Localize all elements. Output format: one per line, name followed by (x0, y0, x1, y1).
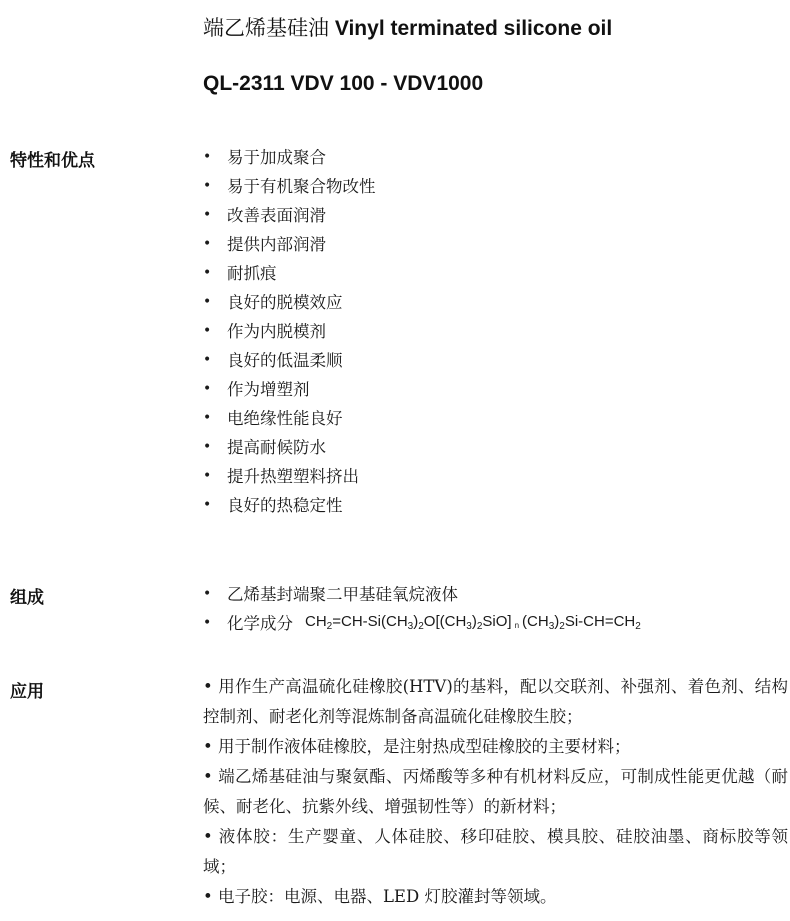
section-label-composition: 组成 (10, 583, 44, 608)
bullet-icon: • (203, 346, 227, 375)
bullet-icon: • (203, 462, 227, 491)
feature-text: 电绝缘性能良好 (227, 404, 343, 433)
bullet-icon: • (203, 375, 227, 404)
composition-list: • 乙烯基封端聚二甲基硅氧烷液体 • 化学成分 CH2=CH-Si(CH3)2O… (203, 580, 641, 638)
bullet-icon: • (203, 433, 227, 462)
list-item: •良好的热稳定性 (203, 491, 376, 520)
feature-text: 提升热塑塑料挤出 (227, 462, 359, 491)
feature-text: 作为内脱模剂 (227, 317, 326, 346)
chemical-label: 化学成分 (227, 609, 293, 638)
list-item: •易于加成聚合 (203, 143, 376, 172)
features-list: •易于加成聚合•易于有机聚合物改性•改善表面润滑•提供内部润滑•耐抓痕•良好的脱… (203, 143, 376, 520)
application-item: • 液体胶：生产婴童、人体硅胶、移印硅胶、模具胶、硅胶油墨、商标胶等领域； (203, 822, 788, 882)
list-item: •改善表面润滑 (203, 201, 376, 230)
section-label-features: 特性和优点 (10, 146, 95, 171)
bullet-icon: • (203, 491, 227, 520)
list-item: • 乙烯基封端聚二甲基硅氧烷液体 (203, 580, 641, 609)
feature-text: 耐抓痕 (227, 259, 277, 288)
feature-text: 提高耐候防水 (227, 433, 326, 462)
feature-text: 易于有机聚合物改性 (227, 172, 376, 201)
feature-text: 作为增塑剂 (227, 375, 310, 404)
application-item: • 用作生产高温硫化硅橡胶(HTV)的基料，配以交联剂、补强剂、着色剂、结构控制… (203, 672, 788, 732)
title-english: Vinyl terminated silicone oil (335, 17, 612, 40)
list-item: •良好的脱模效应 (203, 288, 376, 317)
list-item: •提升热塑塑料挤出 (203, 462, 376, 491)
bullet-icon: • (203, 172, 227, 201)
feature-text: 良好的低温柔顺 (227, 346, 343, 375)
product-code: QL-2311 VDV 100 - VDV1000 (203, 72, 483, 96)
list-item: •耐抓痕 (203, 259, 376, 288)
feature-text: 易于加成聚合 (227, 143, 326, 172)
bullet-icon: • (203, 288, 227, 317)
list-item: • 化学成分 CH2=CH-Si(CH3)2O[(CH3)2SiO]n(CH3)… (203, 609, 641, 638)
list-item: •作为内脱模剂 (203, 317, 376, 346)
list-item: •提高耐候防水 (203, 433, 376, 462)
application-item: • 用于制作液体硅橡胶，是注射热成型硅橡胶的主要材料； (203, 732, 788, 762)
title-chinese: 端乙烯基硅油 (203, 16, 329, 40)
feature-text: 良好的热稳定性 (227, 491, 343, 520)
list-item: •良好的低温柔顺 (203, 346, 376, 375)
bullet-icon: • (203, 609, 227, 638)
bullet-icon: • (203, 404, 227, 433)
page-title: 端乙烯基硅油 Vinyl terminated silicone oil (203, 12, 612, 42)
chemical-formula: CH2=CH-Si(CH3)2O[(CH3)2SiO]n(CH3)2Si-CH=… (305, 607, 641, 641)
section-label-applications: 应用 (10, 677, 44, 702)
list-item: •易于有机聚合物改性 (203, 172, 376, 201)
applications-list: • 用作生产高温硫化硅橡胶(HTV)的基料，配以交联剂、补强剂、着色剂、结构控制… (203, 672, 788, 912)
bullet-icon: • (203, 230, 227, 259)
feature-text: 提供内部润滑 (227, 230, 326, 259)
bullet-icon: • (203, 580, 227, 609)
bullet-icon: • (203, 259, 227, 288)
list-item: •电绝缘性能良好 (203, 404, 376, 433)
bullet-icon: • (203, 317, 227, 346)
list-item: •提供内部润滑 (203, 230, 376, 259)
application-item: • 电子胶：电源、电器、LED 灯胶灌封等领域。 (203, 882, 788, 912)
bullet-icon: • (203, 201, 227, 230)
feature-text: 改善表面润滑 (227, 201, 326, 230)
list-item: •作为增塑剂 (203, 375, 376, 404)
composition-text: 乙烯基封端聚二甲基硅氧烷液体 (227, 580, 458, 609)
feature-text: 良好的脱模效应 (227, 288, 343, 317)
application-item: • 端乙烯基硅油与聚氨酯、丙烯酸等多种有机材料反应，可制成性能更优越（耐候、耐老… (203, 762, 788, 822)
bullet-icon: • (203, 143, 227, 172)
